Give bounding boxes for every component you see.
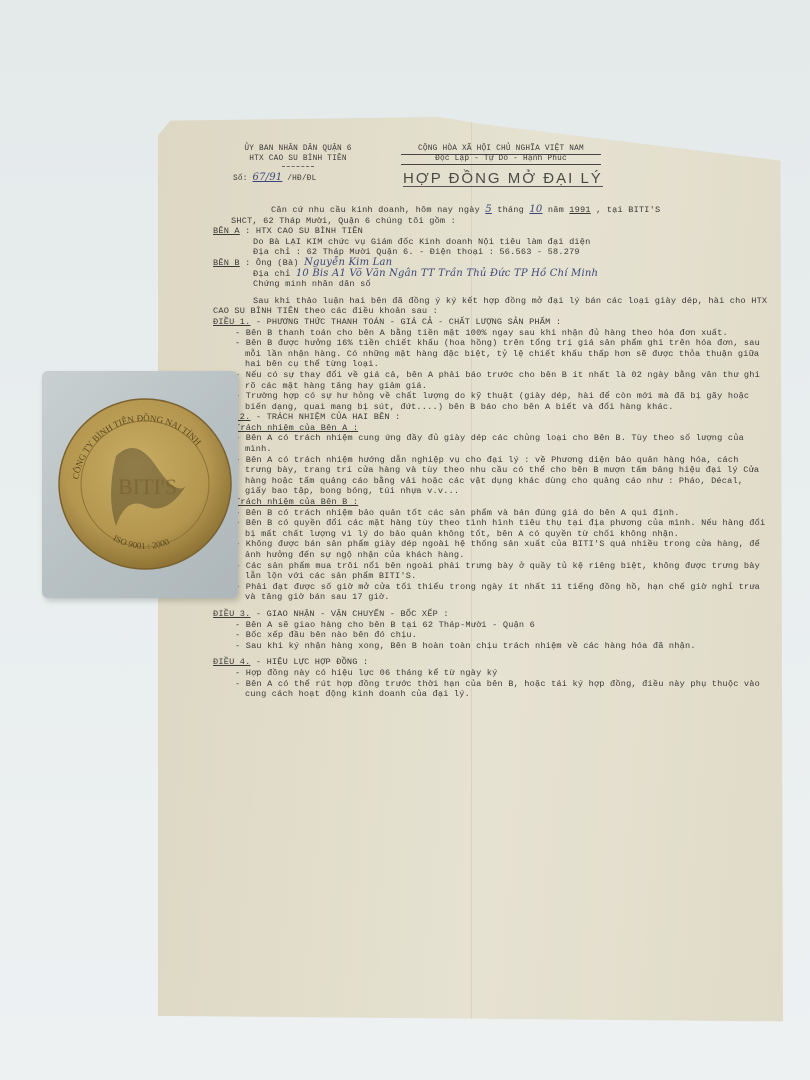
subsection-heading: Trách nhiệm của Bên A :	[213, 423, 768, 434]
marble-block: CÔNG TY BÌNH TIÊN ĐỒNG NAI TÍNH ISO 9001…	[42, 371, 238, 598]
party-b-id: Chứng minh nhân dân số	[213, 279, 768, 290]
document-title: HỢP ĐỒNG MỞ ĐẠI LÝ	[403, 174, 603, 187]
coin-logo: BITI'S	[118, 474, 177, 499]
article-item: - Các sản phẩm mua trôi nổi bên ngoài ph…	[213, 561, 768, 582]
article-heading: ĐIỀU 3. - GIAO NHẬN - VẬN CHUYỂN - BỐC X…	[213, 609, 768, 620]
party-b-name: Nguyễn Kim Lan	[304, 257, 392, 268]
article-heading: ĐIỀU 4. - HIỆU LỰC HỢP ĐỒNG :	[213, 657, 768, 668]
national-motto: Độc Lập - Tự Do - Hạnh Phúc	[401, 154, 601, 165]
article-heading: ĐIỀU 1. - PHƯƠNG THỨC THANH TOÁN - GIÁ C…	[213, 317, 768, 328]
intro-year-label: năm	[548, 205, 564, 215]
party-a-label: BÊN A	[213, 226, 240, 236]
party-b-address-value: 10 Bis A1 Võ Văn Ngân TT Trần Thủ Đức TP…	[296, 268, 598, 279]
intro-text: Căn cứ nhu cầu kinh doanh, hôm nay ngày	[271, 205, 480, 215]
article-item: - Phải đạt được số giờ mở cửa tối thiểu …	[213, 582, 768, 603]
articles: ĐIỀU 1. - PHƯƠNG THỨC THANH TOÁN - GIÁ C…	[213, 317, 768, 700]
article-title: - GIAO NHẬN - VẬN CHUYỂN - BỐC XẾP :	[251, 609, 449, 619]
coin-graphic: CÔNG TY BÌNH TIÊN ĐỒNG NAI TÍNH ISO 9001…	[56, 396, 234, 571]
subsection-heading: Trách nhiệm của Bên B :	[213, 497, 768, 508]
number-label: Số:	[233, 175, 248, 183]
article-item: - Bên A có trách nhiệm cung ứng đầy đủ g…	[213, 433, 768, 454]
header-divider	[282, 166, 314, 167]
header-right: CỘNG HÒA XÃ HỘI CHỦ NGHĨA VIỆT NAM Độc L…	[401, 145, 601, 165]
party-b-label: BÊN B	[213, 258, 240, 268]
contract-body: Căn cứ nhu cầu kinh doanh, hôm nay ngày …	[213, 205, 768, 700]
article-item: - Bên A có trách nhiệm hướng dẫn nghiệp …	[213, 455, 768, 497]
article-heading: ĐIỀU 2. - TRÁCH NHIỆM CỦA HAI BÊN :	[213, 412, 768, 423]
article-item: - Không được bán sản phẩm giày dép ngoài…	[213, 539, 768, 560]
intro-line2: SHCT, 62 Tháp Mười, Quận 6 chúng tôi gồm…	[213, 216, 768, 227]
party-b-address-label: Địa chỉ	[253, 269, 291, 279]
party-a: BÊN A : HTX CAO SU BÌNH TIÊN	[213, 226, 768, 237]
intro-month: 10	[529, 204, 542, 215]
intro-month-label: tháng	[497, 205, 524, 215]
article-item: - Bên B được hưởng 16% tiền chiết khấu (…	[213, 338, 768, 370]
national-title: CỘNG HÒA XÃ HỘI CHỦ NGHĨA VIỆT NAM	[418, 145, 584, 153]
contract-paper: ỦY BAN NHÂN DÂN QUẬN 6 HTX CAO SU BÌNH T…	[158, 117, 783, 1025]
article-item: - Bên B có quyền đổi các mặt hàng tùy th…	[213, 518, 768, 539]
party-a-rep: Do Bà LẠI KIM chức vụ Giám đốc Kinh doan…	[213, 237, 768, 248]
article-item: - Bốc xếp đầu bên nào bên đó chịu.	[213, 630, 768, 641]
intro-day: 5	[485, 204, 492, 215]
article-title: - TRÁCH NHIỆM CỦA HAI BÊN :	[251, 412, 401, 422]
article-item: - Nếu có sự thay đổi về giá cả, bên A ph…	[213, 370, 768, 391]
party-b-address: Địa chỉ 10 Bis A1 Võ Văn Ngân TT Trần Th…	[213, 269, 768, 280]
article-label: ĐIỀU 4.	[213, 657, 251, 667]
header-left-line2: HTX CAO SU BÌNH TIÊN	[223, 154, 373, 164]
article-item: - Bên A có thể rút hợp đồng trước thời h…	[213, 679, 768, 700]
party-b-name-label: : Ông (Bà)	[245, 258, 299, 268]
party-a-name: : HTX CAO SU BÌNH TIÊN	[245, 226, 363, 236]
preamble: Sau khi thảo luận hai bên đã đồng ý ký k…	[213, 296, 768, 317]
article-item: - Trường hợp có sự hư hỏng về chất lượng…	[213, 391, 768, 412]
article-title: - HIỆU LỰC HỢP ĐỒNG :	[251, 657, 369, 667]
intro-place: , tại BITI'S	[596, 205, 660, 215]
article-label: ĐIỀU 3.	[213, 609, 251, 619]
document-number: Số: 67/91 /HĐ/ĐL	[223, 173, 373, 184]
party-a-address: Địa chỉ : 62 Tháp Mười Quận 6. - Điện th…	[213, 247, 768, 258]
article-item: - Sau khi ký nhận hàng xong, Bên B hoàn …	[213, 641, 768, 652]
coin: CÔNG TY BÌNH TIÊN ĐỒNG NAI TÍNH ISO 9001…	[56, 396, 234, 571]
article-item: - Hợp đồng này có hiệu lực 06 tháng kể t…	[213, 668, 768, 679]
article-item: - Bên B có trách nhiệm bảo quản tốt các …	[213, 508, 768, 519]
intro-line: Căn cứ nhu cầu kinh doanh, hôm nay ngày …	[213, 205, 768, 216]
article-item: - Bên A sẽ giao hàng cho bên B tại 62 Th…	[213, 620, 768, 631]
header-left: ỦY BAN NHÂN DÂN QUẬN 6 HTX CAO SU BÌNH T…	[223, 144, 373, 184]
article-item: - Bên B thanh toán cho bên A bằng tiền m…	[213, 328, 768, 339]
article-title: - PHƯƠNG THỨC THANH TOÁN - GIÁ CẢ - CHẤT…	[251, 317, 562, 327]
intro-year: 1991	[569, 205, 590, 215]
number-suffix: /HĐ/ĐL	[287, 175, 316, 183]
article-label: ĐIỀU 1.	[213, 317, 251, 327]
header-left-line1: ỦY BAN NHÂN DÂN QUẬN 6	[223, 144, 373, 154]
number-value: 67/91	[253, 172, 283, 183]
